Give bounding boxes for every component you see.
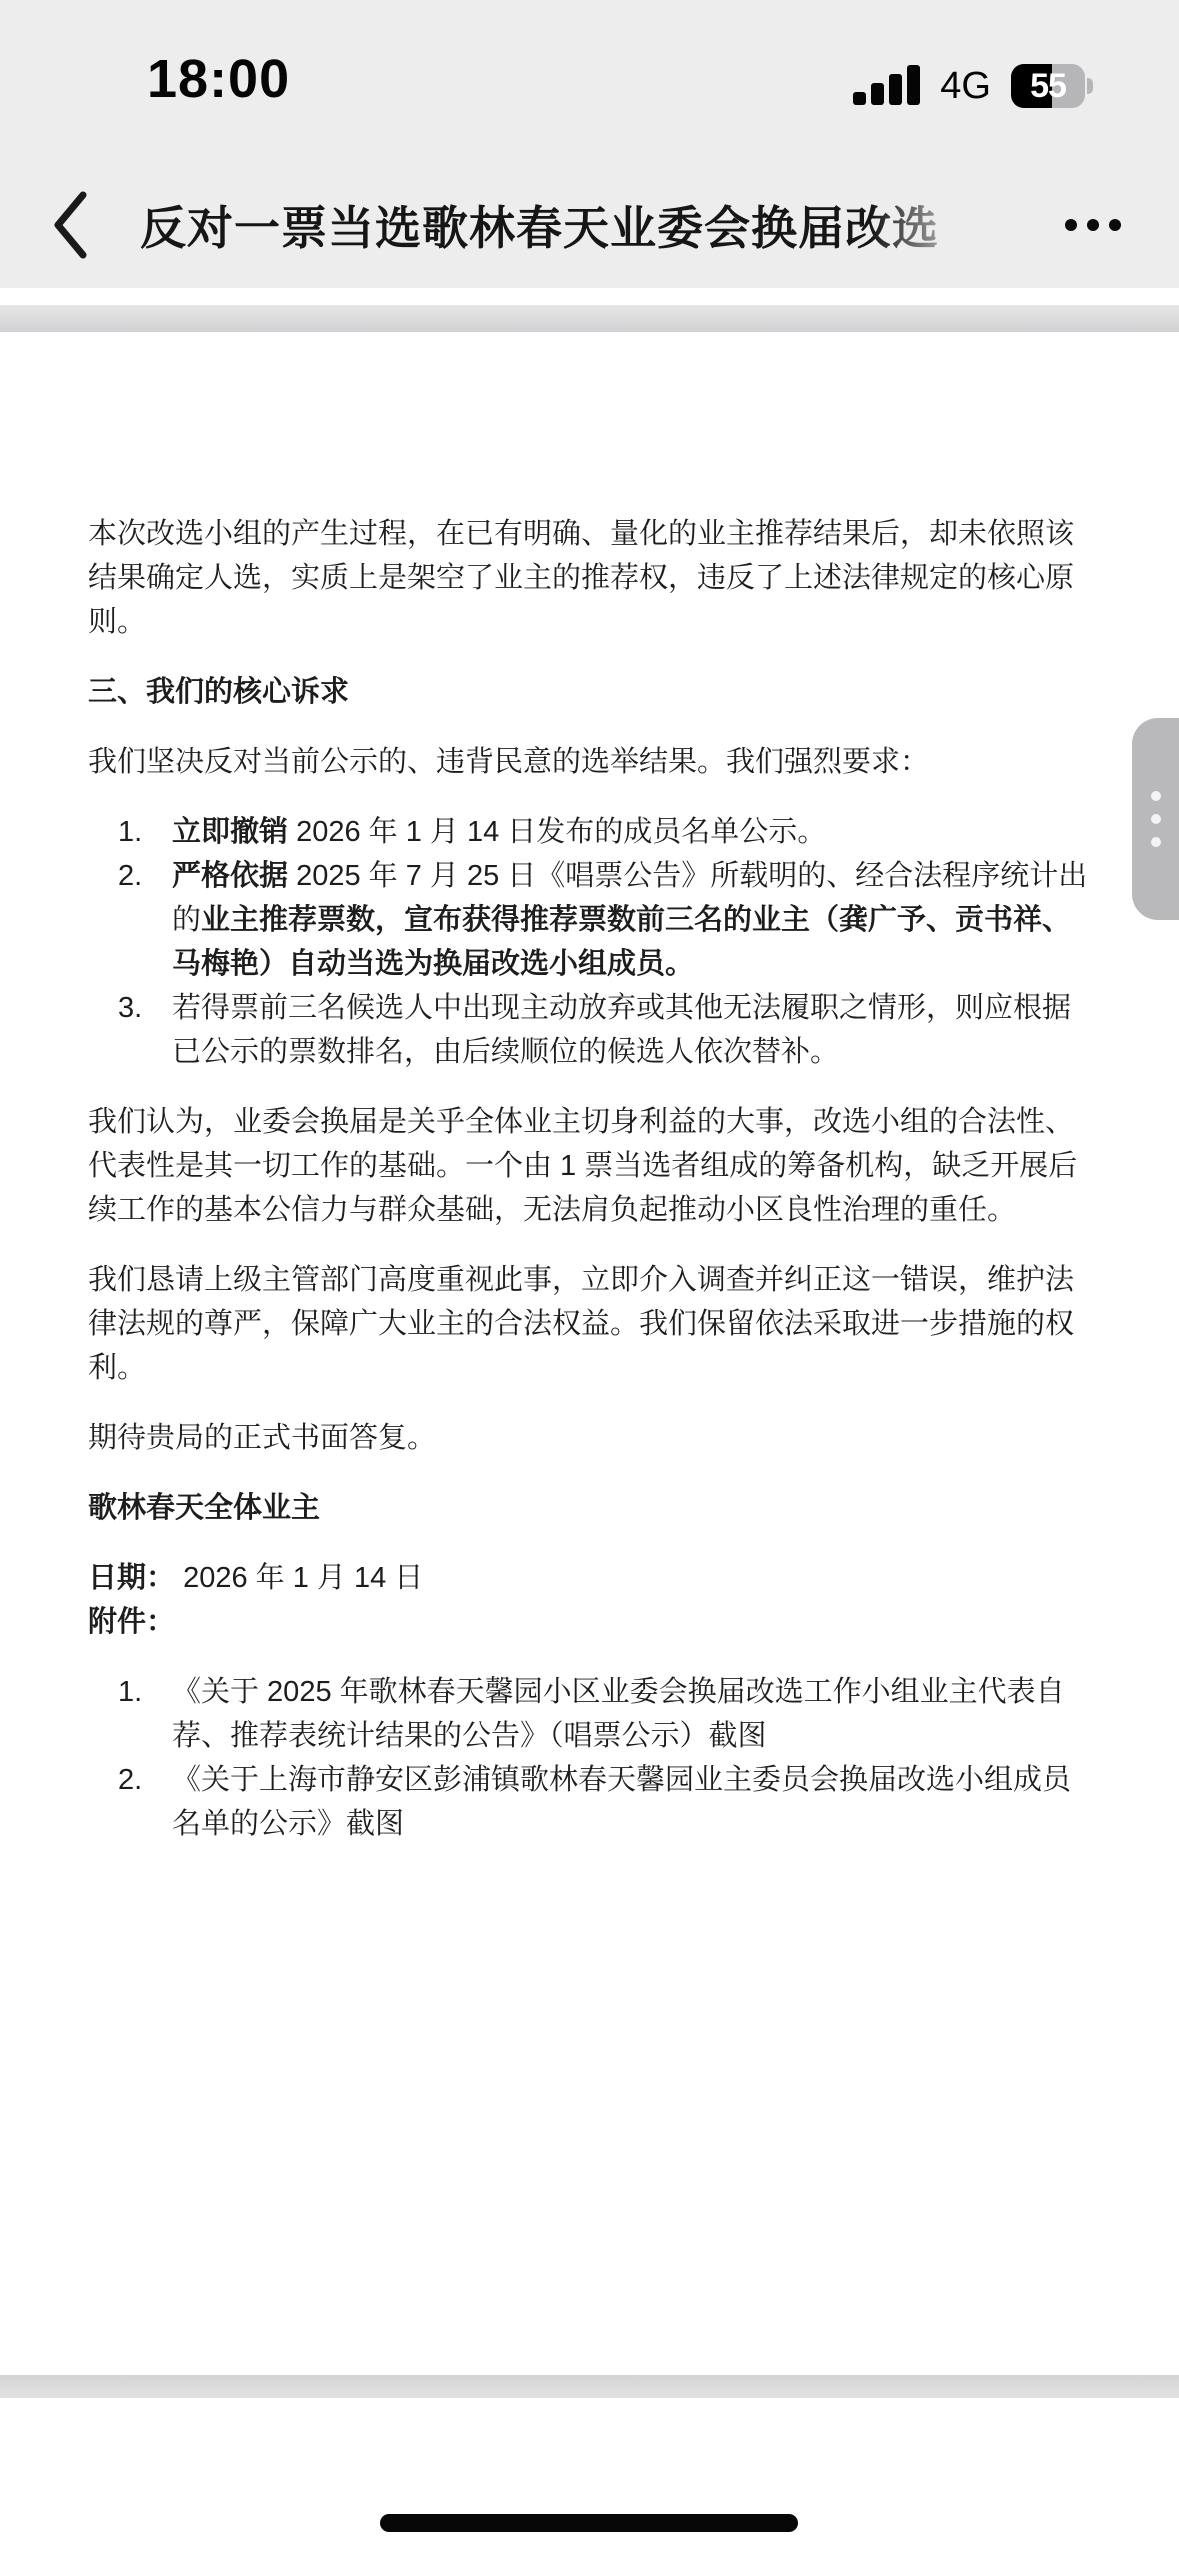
previous-page-edge (0, 288, 1179, 305)
numbered-list: 《关于 2025 年歌林春天馨园小区业委会换届改选工作小组业主代表自荐、推荐表统… (88, 1670, 1091, 1846)
next-page-edge (0, 2398, 1179, 2556)
text-run: 期待贵局的正式书面答复。 (88, 1422, 436, 1454)
numbered-list: 立即撤销 2026 年 1 月 14 日发布的成员名单公示。严格依据 2025 … (88, 810, 1091, 1074)
list-item: 若得票前三名候选人中出现主动放弃或其他无法履职之情形，则应根据已公示的票数排名，… (88, 986, 1091, 1074)
list-item: 《关于 2025 年歌林春天馨园小区业委会换届改选工作小组业主代表自荐、推荐表统… (88, 1670, 1091, 1758)
network-type-label: 4G (940, 64, 991, 108)
bold-text-run: 严格依据 (172, 860, 288, 892)
back-button[interactable] (46, 185, 94, 265)
text-run: 本次改选小组的产生过程，在已有明确、量化的业主推荐结果后，却未依照该结果确定人选… (88, 518, 1074, 638)
paragraph: 我们认为，业委会换届是关乎全体业主切身利益的大事，改选小组的合法性、代表性是其一… (88, 1100, 1091, 1232)
text-run: 《关于 2025 年歌林春天馨园小区业委会换届改选工作小组业主代表自荐、推荐表统… (172, 1676, 1065, 1752)
battery-cap (1087, 78, 1093, 94)
drag-dots-icon (1151, 791, 1161, 801)
battery-icon: 55 (1011, 64, 1085, 108)
bold-text-run: 歌林春天全体业主 (88, 1492, 320, 1524)
more-button[interactable] (1059, 201, 1127, 249)
text-run: 若得票前三名候选人中出现主动放弃或其他无法履职之情形，则应根据已公示的票数排名，… (172, 992, 1071, 1068)
text-run: 2026 年 1 月 14 日 (175, 1562, 423, 1594)
document-page: 本次改选小组的产生过程，在已有明确、量化的业主推荐结果后，却未依照该结果确定人选… (0, 332, 1179, 2375)
status-bar: 18:00 4G 55 (0, 0, 1179, 162)
status-time: 18:00 (147, 48, 290, 110)
scroll-handle[interactable] (1132, 718, 1179, 920)
battery-percent: 55 (1011, 64, 1085, 108)
list-item: 立即撤销 2026 年 1 月 14 日发布的成员名单公示。 (88, 810, 1091, 854)
paragraph: 我们坚决反对当前公示的、违背民意的选举结果。我们强烈要求： (88, 740, 1091, 784)
paragraph: 日期： 2026 年 1 月 14 日 附件： (88, 1556, 1091, 1644)
text-run: 我们认为，业委会换届是关乎全体业主切身利益的大事，改选小组的合法性、代表性是其一… (88, 1106, 1077, 1226)
list-item: 《关于上海市静安区彭浦镇歌林春天馨园业主委员会换届改选小组成员名单的公示》截图 (88, 1758, 1091, 1846)
bold-text-run: 日期： (88, 1562, 175, 1594)
paragraph: 我们恳请上级主管部门高度重视此事，立即介入调查并纠正这一错误，维护法律法规的尊严… (88, 1258, 1091, 1390)
bold-text-run: 立即撤销 (172, 816, 288, 848)
ellipsis-icon (1065, 219, 1077, 231)
chevron-left-icon (51, 189, 89, 261)
paragraph: 本次改选小组的产生过程，在已有明确、量化的业主推荐结果后，却未依照该结果确定人选… (88, 512, 1091, 644)
page-gap-top (0, 305, 1179, 332)
bold-text-run: 附件： (88, 1606, 175, 1638)
text-run: 《关于上海市静安区彭浦镇歌林春天馨园业主委员会换届改选小组成员名单的公示》截图 (172, 1764, 1071, 1840)
nav-bar: 反对一票当选歌林春天业委会换届改选 (0, 162, 1179, 288)
cellular-signal-icon (853, 65, 920, 108)
bold-text-run: 业主推荐票数，宣布获得推荐票数前三名的业主（龚广予、贡书祥、马梅艳）自动当选为换… (172, 904, 1071, 980)
phone-screen: 18:00 4G 55 反对一票当选歌林春天业委会换届改选 (0, 0, 1179, 2556)
list-item: 严格依据 2025 年 7 月 25 日《唱票公告》所载明的、经合法程序统计出的… (88, 854, 1091, 986)
page-title: 反对一票当选歌林春天业委会换届改选 (140, 192, 990, 258)
top-chrome: 18:00 4G 55 反对一票当选歌林春天业委会换届改选 (0, 0, 1179, 288)
text-run: 2026 年 1 月 14 日发布的成员名单公示。 (288, 816, 826, 848)
paragraph: 歌林春天全体业主 (88, 1486, 1091, 1530)
paragraph: 期待贵局的正式书面答复。 (88, 1416, 1091, 1460)
document-body: 本次改选小组的产生过程，在已有明确、量化的业主推荐结果后，却未依照该结果确定人选… (88, 512, 1091, 1846)
bold-text-run: 三、我们的核心诉求 (88, 676, 349, 708)
home-indicator[interactable] (380, 2514, 798, 2532)
page-gap-bottom (0, 2375, 1179, 2398)
section-heading: 三、我们的核心诉求 (88, 670, 1091, 714)
text-run: 我们坚决反对当前公示的、违背民意的选举结果。我们强烈要求： (88, 746, 929, 778)
text-run: 我们恳请上级主管部门高度重视此事，立即介入调查并纠正这一错误，维护法律法规的尊严… (88, 1264, 1074, 1384)
status-right-cluster: 4G 55 (853, 60, 1085, 108)
